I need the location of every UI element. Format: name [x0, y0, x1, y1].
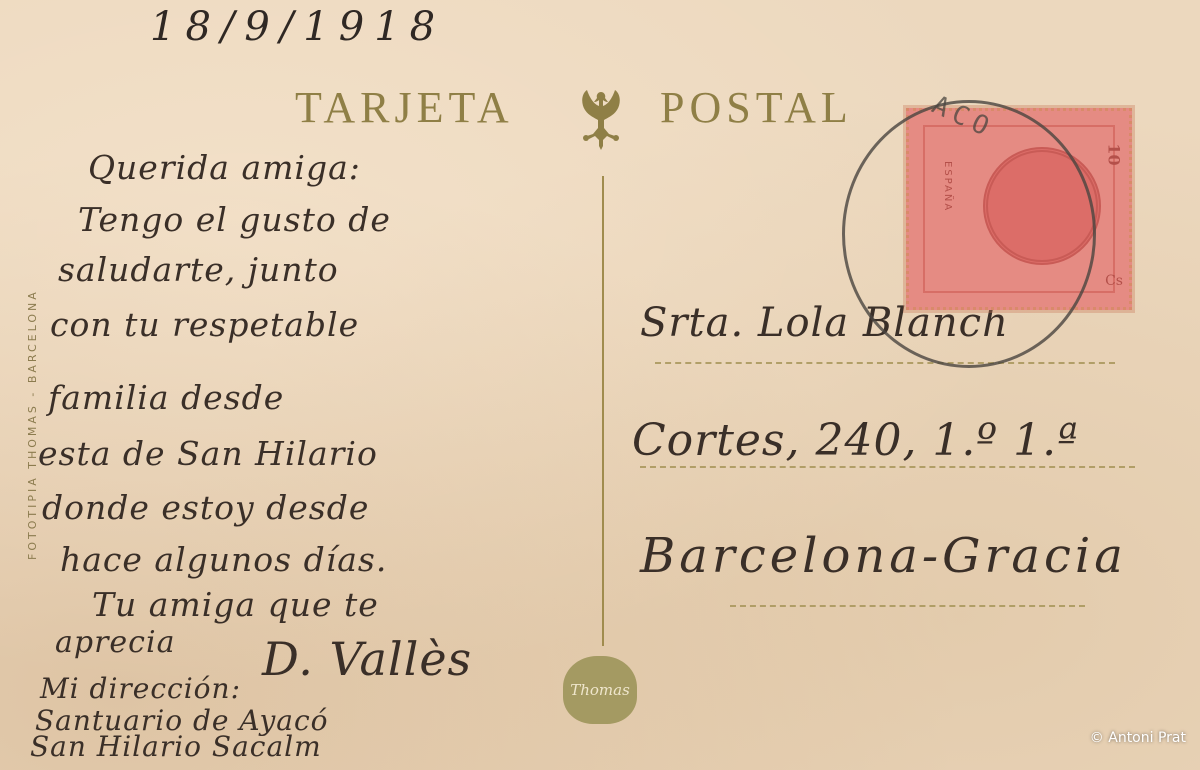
publisher-monogram: Thomas — [563, 656, 637, 724]
message-line: Querida amiga: — [88, 148, 361, 187]
address-guide-line — [640, 466, 1135, 468]
center-divider — [602, 176, 604, 646]
message-line: Tengo el gusto de — [78, 200, 391, 239]
postcard: 18/9/1918 TARJETA POSTAL FOTOTIPIA THOMA… — [0, 0, 1200, 770]
stamp-unit: Cs — [1105, 273, 1123, 289]
message-line: aprecia — [55, 625, 175, 660]
signature: D. Vallès — [262, 632, 472, 686]
message-line: Tu amiga que te — [92, 585, 379, 624]
address-guide-line — [655, 362, 1115, 364]
message-line: con tu respetable — [50, 305, 359, 344]
recipient-street: Cortes, 240, 1.º 1.ª — [632, 415, 1079, 466]
stamp-value: 10 — [1104, 143, 1123, 165]
printer-imprint: FOTOTIPIA THOMAS - BARCELONA — [26, 289, 39, 560]
message-line: hace algunos días. — [60, 540, 387, 579]
photo-credit: © Antoni Prat — [1090, 730, 1186, 746]
message-line: saludarte, junto — [58, 250, 339, 289]
sender-address-line: Mi dirección: — [40, 672, 241, 705]
header-title-right: POSTAL — [660, 82, 853, 133]
eagle-icon — [570, 86, 632, 152]
handwritten-date: 18/9/1918 — [150, 4, 445, 50]
header-title-left: TARJETA — [295, 82, 514, 133]
message-line: donde estoy desde — [42, 488, 369, 527]
sender-address-line: San Hilario Sacalm — [30, 730, 322, 763]
postmark-circle — [842, 100, 1096, 368]
address-guide-line — [730, 605, 1085, 607]
recipient-city: Barcelona-Gracia — [640, 528, 1127, 584]
message-line: esta de San Hilario — [38, 434, 378, 473]
message-line: familia desde — [48, 378, 284, 417]
